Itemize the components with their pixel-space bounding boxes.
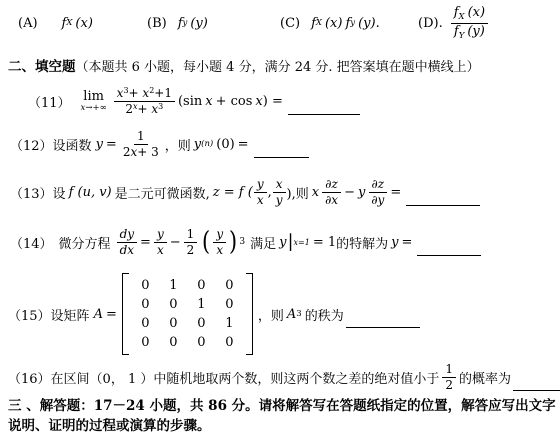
fraction-denominator: x (254, 193, 267, 208)
math-token: + x (138, 102, 159, 116)
matrix-cell: 1 (222, 315, 237, 332)
option-d-label: (D). (418, 16, 443, 31)
fraction-numerator: y (254, 177, 267, 193)
math-token: (x) (468, 5, 485, 20)
question-number: （15） (8, 305, 51, 324)
options-row: (A) fX(x) (B) fy(y) (C) fX(x)fy(y). (D).… (0, 2, 560, 46)
answer-blank (346, 314, 420, 328)
fraction: dy dx (117, 227, 137, 258)
matrix-left-bracket (122, 273, 129, 355)
math-token: y (350, 18, 355, 28)
fraction: y x (213, 227, 226, 258)
option-b: (B) fy(y) (147, 2, 208, 44)
math-token: (n) (201, 139, 213, 149)
fraction-denominator: ∂x (322, 193, 341, 208)
matrix-cell: 0 (166, 315, 181, 332)
math-token: = (140, 235, 151, 250)
question-13: （13） 设 f (u, v) 是二元可微函数, z = f ( y x , x… (10, 170, 480, 214)
fraction-denominator: dx (117, 243, 137, 258)
question-text: 的秩为 (305, 305, 344, 324)
math-token: = (238, 137, 249, 152)
question-number: （13） (10, 183, 53, 202)
math-token: x (205, 94, 212, 109)
matrix-cell: 1 (194, 296, 209, 313)
fraction-numerator: 1 (184, 227, 198, 243)
math-token: y (279, 235, 286, 250)
math-token: = (106, 307, 117, 322)
math-token: y (96, 137, 103, 152)
math-token: 2 (125, 102, 133, 116)
question-15: （15） 设矩阵 A = 0100 0010 0001 0000 ，则 A3 的… (8, 270, 420, 358)
matrix-cell: 0 (222, 334, 237, 351)
math-token: (y) (190, 16, 208, 31)
math-token: = (390, 185, 401, 200)
math-token: (y) (467, 24, 485, 39)
answer-blank (513, 377, 560, 391)
question-text: ，则 (258, 305, 284, 324)
math-token: +1 (154, 86, 172, 100)
fraction-numerator: y (154, 227, 167, 243)
math-token: ) = (263, 94, 283, 109)
fraction-numerator: x (273, 177, 286, 193)
question-text: 的特解为 (336, 233, 388, 252)
question-text: 的概率为 (459, 368, 511, 387)
fraction: x3+ x2+1 2x+ x3 (114, 86, 175, 117)
matrix-cells: 0100 0010 0001 0000 (129, 273, 246, 355)
matrix-cell: 0 (166, 296, 181, 313)
matrix-cell: 0 (194, 334, 209, 351)
fraction-denominator: 2 (184, 243, 198, 258)
question-12: （12） 设函数 y = 1 2x+ 3 ，则 y(n)(0) = (10, 124, 309, 164)
fraction-denominator: 2x+ x3 (122, 102, 166, 117)
math-token: X (459, 12, 465, 22)
math-token: A (94, 307, 103, 322)
math-token: = 1 (313, 235, 336, 250)
math-token: X (66, 18, 72, 28)
math-token: = (106, 137, 117, 152)
question-number: （12） (10, 135, 53, 154)
matrix-cell: 0 (138, 296, 153, 313)
exam-page: (A) fX(x) (B) fy(y) (C) fX(x)fy(y). (D).… (0, 0, 560, 435)
math-token: (0) (216, 137, 234, 152)
fraction: y x (154, 227, 167, 258)
math-token: y (391, 235, 398, 250)
fraction: 1 2x+ 3 (120, 129, 162, 160)
fraction-denominator: 2x+ 3 (120, 145, 162, 160)
question-text: 微分方程 (59, 233, 111, 252)
math-token: y (183, 18, 188, 28)
section-solve-header: 三 、解答题：17－24 小题，共 86 分。请将解答写在答题纸指定的位置，解答… (8, 397, 556, 435)
math-token: , (268, 185, 272, 200)
fraction-denominator: 2 (442, 378, 456, 393)
matrix-cell: 0 (138, 315, 153, 332)
question-11: （11） lim x→+∞ x3+ x2+1 2x+ x3 (sinx+ cos… (28, 80, 360, 122)
fraction-denominator: fY(y) (451, 24, 488, 42)
matrix-cell: 0 (138, 334, 153, 351)
math-token: z = f ( (213, 185, 253, 200)
fraction-numerator: dy (117, 227, 137, 243)
section-fill-header: 二、填空题 （本题共 6 小题，每小题 4 分，满分 24 分. 把答案填在题中… (8, 55, 480, 75)
math-token: 3 (158, 102, 163, 111)
math-token: (y) (358, 16, 376, 31)
math-token: x (255, 94, 262, 109)
question-14: （14） 微分方程 dy dx = y x − 1 2 ( y x )3 满足 … (10, 218, 481, 266)
math-token: Y (459, 31, 465, 41)
option-c-label: (C) (280, 16, 300, 31)
fraction-denominator: y (273, 193, 286, 208)
answer-blank (406, 192, 480, 206)
matrix-cell: 0 (138, 277, 153, 294)
math-token: f (u, v) (69, 185, 112, 200)
matrix-cell: 1 (166, 277, 181, 294)
fraction: 1 2 (184, 227, 198, 258)
question-text: 设矩阵 (51, 305, 90, 324)
math-token: x=1 (294, 238, 310, 247)
math-token: x (312, 185, 319, 200)
fraction: x y (273, 177, 286, 208)
math-token: y (194, 137, 201, 152)
answer-blank (254, 144, 309, 158)
matrix-cell: 0 (194, 315, 209, 332)
fraction: 1 2 (442, 362, 456, 393)
fraction-denominator: x (154, 243, 167, 258)
option-a: (A) fX(x) (18, 2, 93, 44)
fraction-numerator: 1 (442, 362, 456, 378)
option-d: (D). fX(x) fY(y) (418, 2, 491, 44)
question-text: 设 (53, 183, 66, 202)
question-text: ，则 (165, 135, 191, 154)
math-token: y (358, 185, 365, 200)
answer-blank (288, 101, 360, 115)
math-token: lim (83, 90, 104, 103)
option-a-label: (A) (18, 16, 38, 31)
fraction-denominator: x (213, 243, 226, 258)
exponent: 3 (239, 237, 245, 247)
option-b-label: (B) (147, 16, 167, 31)
math-token: + x (129, 86, 150, 100)
question-16: （16） 在区间（0， 1 ）中随机地取两个数，则这两个数之差的绝对值小于 1 … (8, 356, 560, 398)
fraction: ∂z ∂y (368, 177, 387, 208)
question-number: （14） (10, 233, 53, 252)
fraction-numerator: fX(x) (451, 5, 488, 24)
question-text: 满足 (250, 233, 276, 252)
fraction-numerator: ∂z (322, 177, 341, 193)
fraction-numerator: 1 (134, 129, 148, 145)
math-token: ),则 (287, 183, 309, 202)
math-token: A (287, 307, 296, 322)
fraction-numerator: x3+ x2+1 (114, 86, 175, 102)
math-token: + cos (216, 94, 253, 109)
question-text: 是二元可微函数, (115, 183, 210, 202)
question-number: （16） (8, 368, 51, 387)
math-token: = (402, 235, 413, 250)
matrix-cell: 0 (194, 277, 209, 294)
math-token: − (344, 185, 355, 200)
answer-blank (417, 242, 481, 256)
math-token: (x) (325, 16, 342, 31)
math-token: X (316, 18, 322, 28)
math-token: − (170, 235, 181, 250)
matrix-cell: 0 (166, 334, 181, 351)
exponent: 3 (296, 309, 301, 319)
question-text: 设函数 (53, 135, 92, 154)
fraction: fX(x) fY(y) (451, 5, 488, 41)
fraction: y x (254, 177, 267, 208)
option-c: (C) fX(x)fy(y). (280, 2, 380, 44)
limit-subscript: x→+∞ (81, 104, 107, 113)
section-instructions: （本题共 6 小题，每小题 4 分，满分 24 分. 把答案填在题中横线上） (76, 56, 480, 75)
fraction: ∂z ∂x (322, 177, 341, 208)
math-token: (x) (75, 16, 92, 31)
math-token: + 3 (137, 145, 159, 159)
fraction-denominator: ∂y (368, 193, 387, 208)
fraction-numerator: ∂z (369, 177, 388, 193)
matrix-cell: 0 (222, 277, 237, 294)
matrix-right-bracket (246, 273, 253, 355)
limit-operator: lim x→+∞ (81, 90, 107, 113)
matrix: 0100 0010 0001 0000 (122, 273, 253, 355)
matrix-cell: 0 (222, 296, 237, 313)
math-token: . (376, 16, 380, 31)
math-token: (sin (178, 94, 202, 109)
question-text: 在区间（0， 1 ）中随机地取两个数，则这两个数之差的绝对值小于 (51, 368, 440, 387)
fraction-numerator: y (213, 227, 226, 243)
section-title: 二、填空题 (8, 55, 76, 75)
question-number: （11） (28, 92, 71, 111)
